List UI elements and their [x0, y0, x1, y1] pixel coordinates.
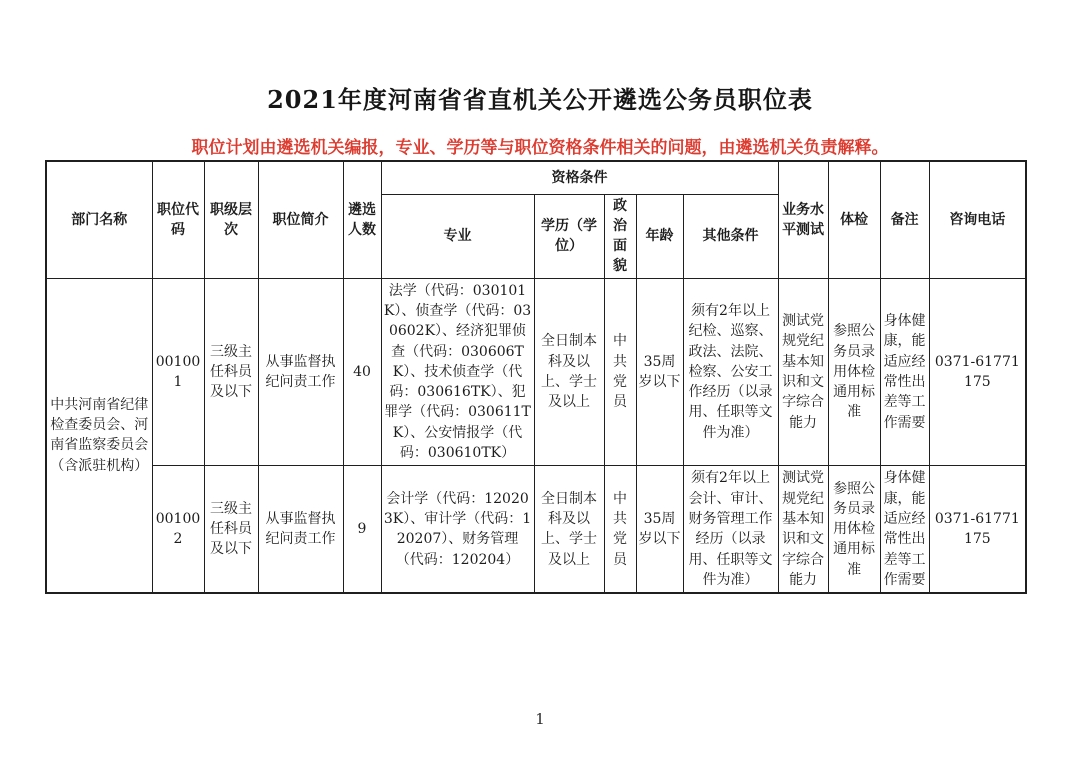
col-header-department: 部门名称: [46, 161, 152, 278]
col-header-position-intro: 职位简介: [258, 161, 343, 278]
cell-rank-level: 三级主任科员及以下: [204, 466, 258, 593]
cell-remark: 身体健康，能适应经常性出差等工作需要: [880, 278, 929, 466]
cell-position-code: 001002: [152, 466, 204, 593]
cell-position-code: 001001: [152, 278, 204, 466]
cell-phone: 0371-61771175: [929, 466, 1026, 593]
positions-table: 部门名称 职位代码 职级层次 职位简介 遴选人数 资格条件 业务水平测试 体检 …: [45, 160, 1027, 594]
cell-skill-test: 测试党规党纪基本知识和文字综合能力: [778, 278, 828, 466]
col-header-position-code: 职位代码: [152, 161, 204, 278]
page-number: 1: [0, 710, 1080, 728]
cell-rank-level: 三级主任科员及以下: [204, 278, 258, 466]
cell-phone: 0371-61771175: [929, 278, 1026, 466]
col-header-skill-test: 业务水平测试: [778, 161, 828, 278]
page-title: 2021年度河南省省直机关公开遴选公务员职位表: [0, 80, 1080, 115]
col-header-remark: 备注: [880, 161, 929, 278]
col-header-education: 学历（学位）: [534, 194, 604, 278]
col-header-selection-count: 遴选人数: [343, 161, 381, 278]
table-row: 001002 三级主任科员及以下 从事监督执纪问责工作 9 会计学（代码：120…: [46, 466, 1026, 593]
cell-education: 全日制本科及以上、学士及以上: [534, 466, 604, 593]
cell-major: 法学（代码：030101K）、侦查学（代码：030602K）、经济犯罪侦查（代码…: [381, 278, 534, 466]
col-header-rank-level: 职级层次: [204, 161, 258, 278]
col-header-qualification: 资格条件: [381, 161, 778, 194]
cell-physical-exam: 参照公务员录用体检通用标准: [828, 466, 880, 593]
cell-major: 会计学（代码：120203K）、审计学（代码：120207）、财务管理（代码：1…: [381, 466, 534, 593]
cell-selection-count: 40: [343, 278, 381, 466]
notice-text: 职位计划由遴选机关编报，专业、学历等与职位资格条件相关的问题，由遴选机关负责解释…: [0, 133, 1080, 158]
col-header-other-conditions: 其他条件: [683, 194, 778, 278]
cell-department-name: 中共河南省纪律检查委员会、河南省监察委员会（含派驻机构）: [46, 278, 152, 593]
cell-age: 35周岁以下: [636, 466, 683, 593]
table-row: 中共河南省纪律检查委员会、河南省监察委员会（含派驻机构） 001001 三级主任…: [46, 278, 1026, 466]
col-header-political-status: 政治面貌: [604, 194, 636, 278]
col-header-phone: 咨询电话: [929, 161, 1026, 278]
cell-position-intro: 从事监督执纪问责工作: [258, 466, 343, 593]
cell-position-intro: 从事监督执纪问责工作: [258, 278, 343, 466]
cell-education: 全日制本科及以上、学士及以上: [534, 278, 604, 466]
cell-selection-count: 9: [343, 466, 381, 593]
cell-age: 35周岁以下: [636, 278, 683, 466]
col-header-physical-exam: 体检: [828, 161, 880, 278]
cell-political-status: 中共党员: [604, 466, 636, 593]
cell-remark: 身体健康，能适应经常性出差等工作需要: [880, 466, 929, 593]
col-header-age: 年龄: [636, 194, 683, 278]
cell-other-conditions: 须有2年以上纪检、巡察、政法、法院、检察、公安工作经历（以录用、任职等文件为准）: [683, 278, 778, 466]
cell-other-conditions: 须有2年以上会计、审计、财务管理工作经历（以录用、任职等文件为准）: [683, 466, 778, 593]
cell-skill-test: 测试党规党纪基本知识和文字综合能力: [778, 466, 828, 593]
cell-political-status: 中共党员: [604, 278, 636, 466]
cell-physical-exam: 参照公务员录用体检通用标准: [828, 278, 880, 466]
col-header-major: 专业: [381, 194, 534, 278]
